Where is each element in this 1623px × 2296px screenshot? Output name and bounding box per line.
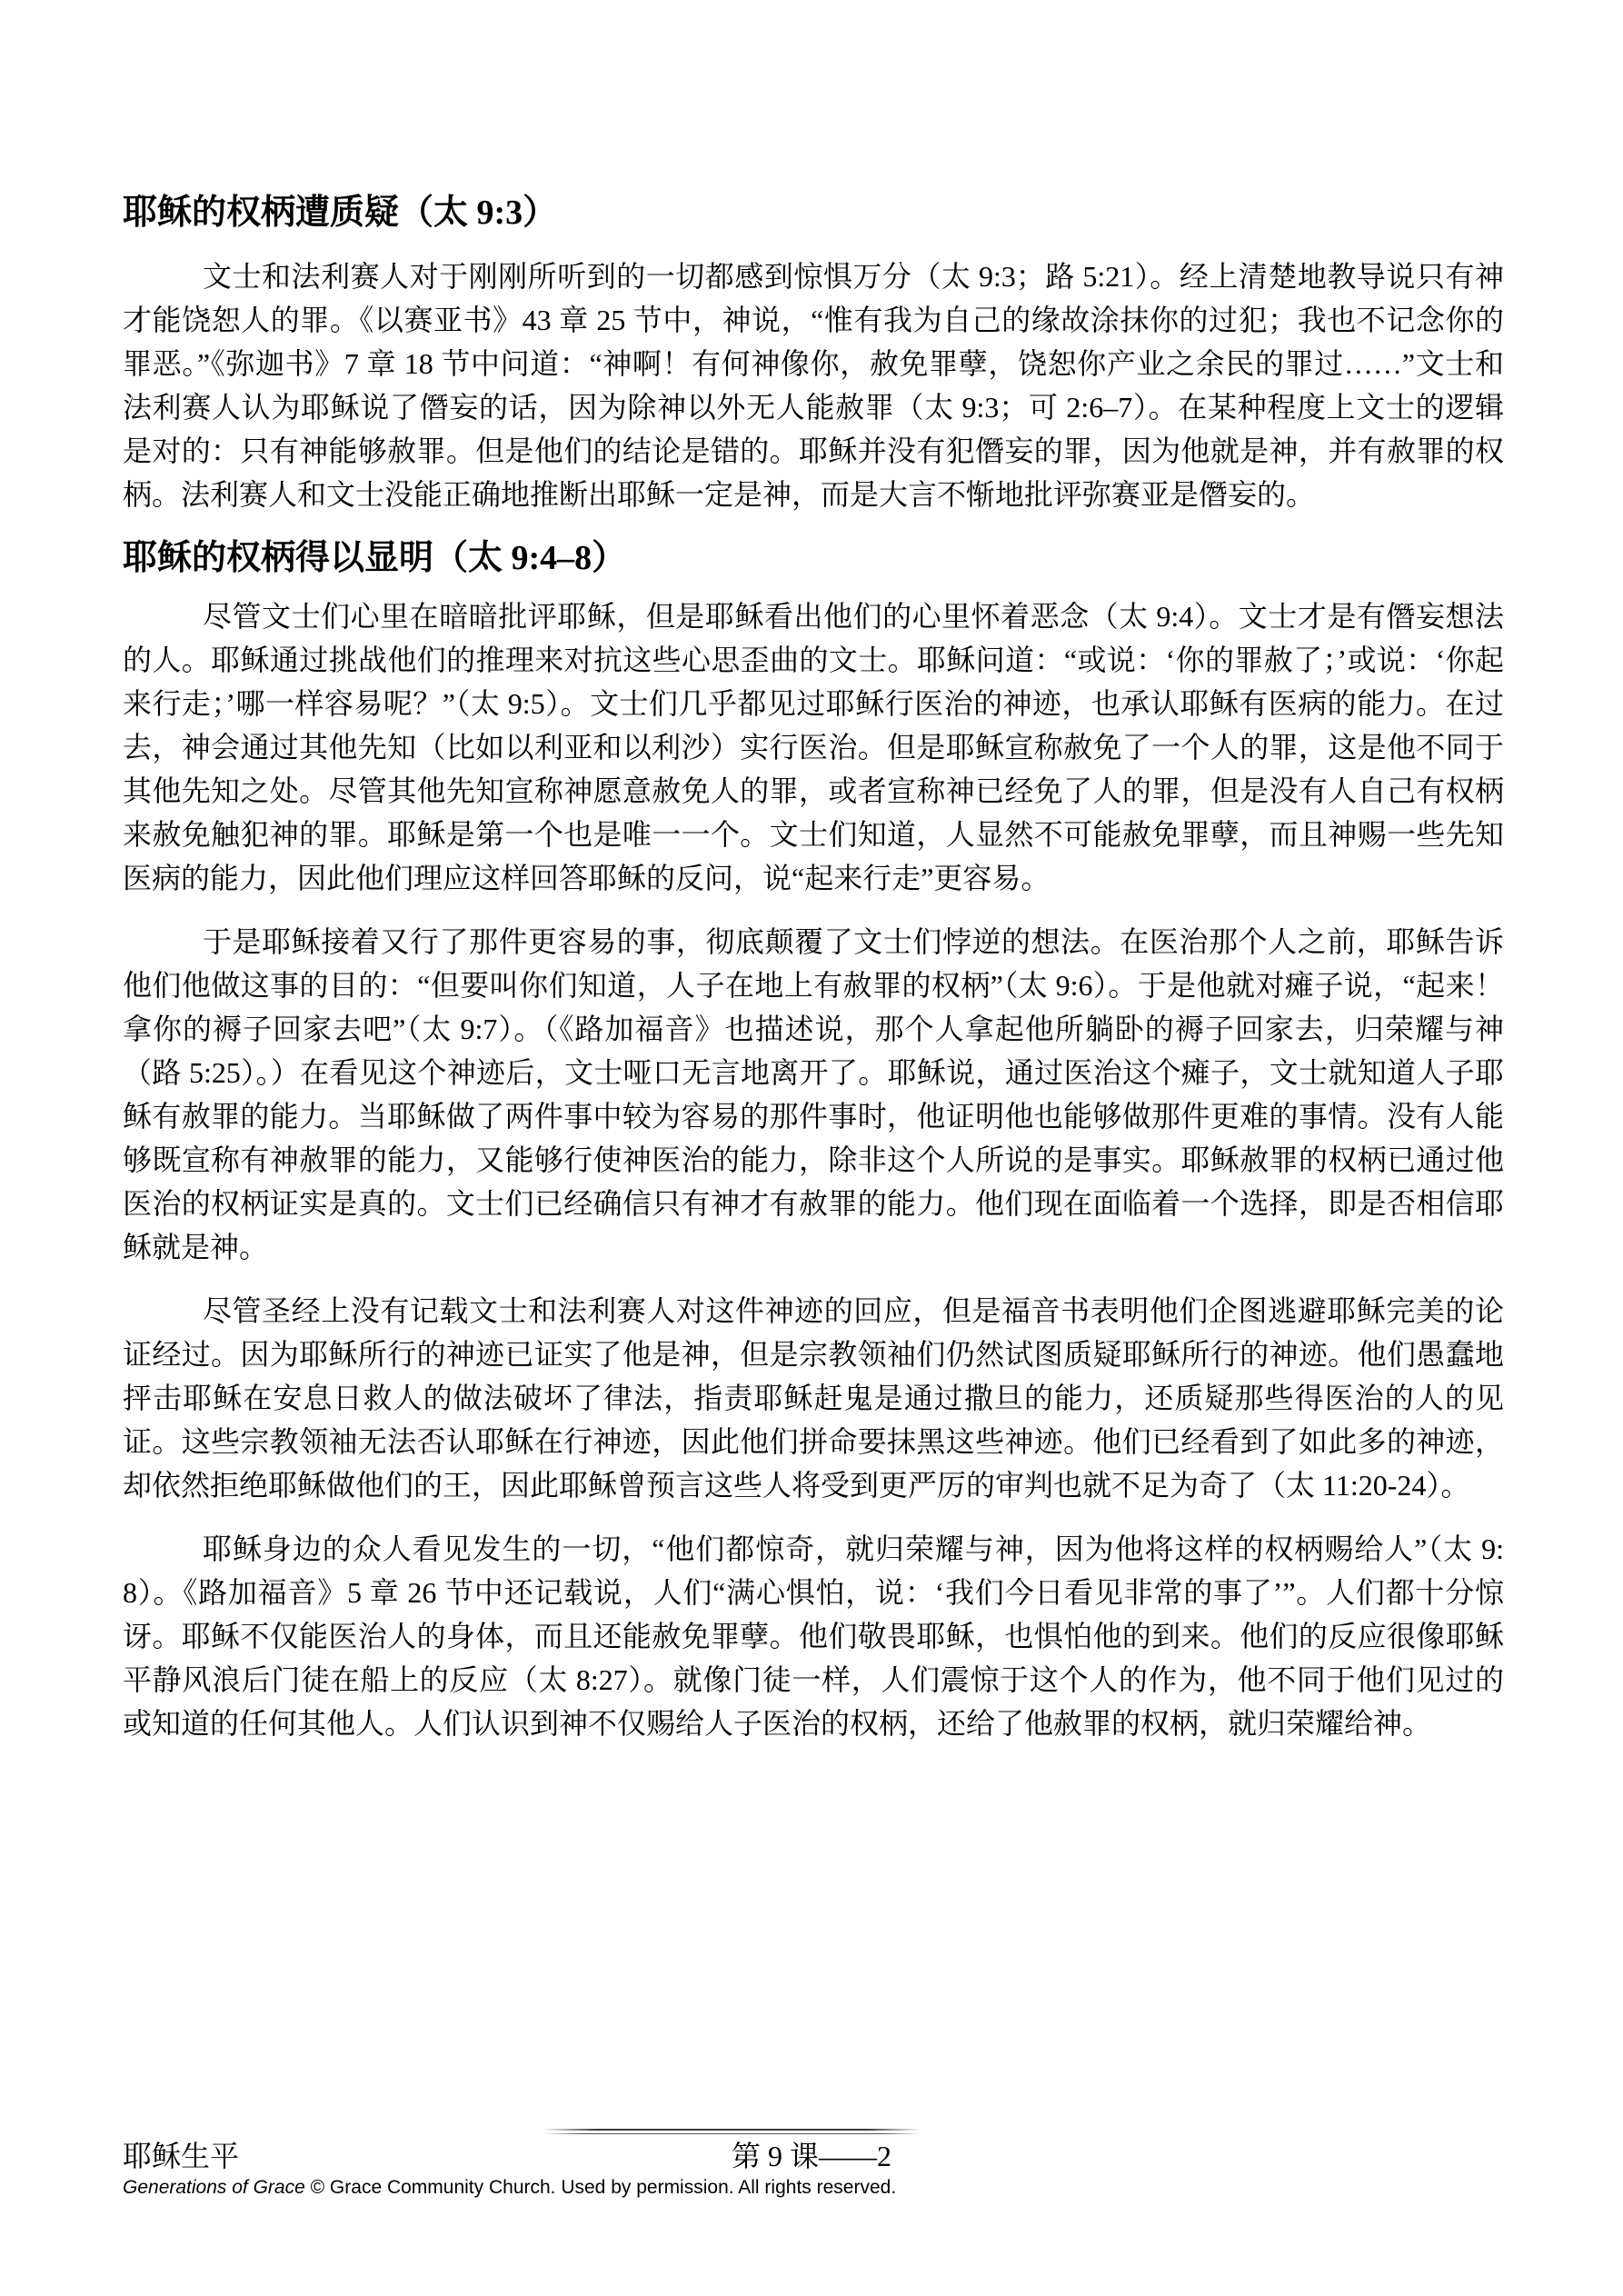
footer-copyright-work-title: Generations of Grace [123,2177,305,2198]
footer-copyright-text: © Grace Community Church. Used by permis… [311,2177,897,2198]
footer-divider-line-bottom [543,2133,921,2134]
document-page: 耶稣的权柄遭质疑（太 9:3） 文士和法利赛人对于刚刚所听到的一切都感到惊惧万分… [0,0,1623,2296]
body-paragraph: 尽管圣经上没有记载文士和法利赛人对这件神迹的回应，但是福音书表明他们企图逃避耶稣… [123,1289,1504,1507]
footer-divider [543,2129,921,2134]
footer-page-number: 第 9 课——2 [0,2136,1623,2176]
section-authority-displayed: 耶稣的权柄得以显明（太 9:4–8） 尽管文士们心里在暗暗批评耶稣，但是耶稣看出… [123,536,1504,1745]
body-paragraph: 于是耶稣接着又行了那件更容易的事，彻底颠覆了文士们悖逆的想法。在医治那个人之前，… [123,920,1504,1269]
section-heading-authority-displayed: 耶稣的权柄得以显明（太 9:4–8） [123,536,1504,580]
body-paragraph: 文士和法利赛人对于刚刚所听到的一切都感到惊惧万分（太 9:3；路 5:21）。经… [123,255,1504,516]
section-heading-authority-questioned: 耶稣的权柄遭质疑（太 9:3） [123,191,1504,235]
footer-copyright: Generations of Grace © Grace Community C… [123,2176,896,2200]
section-authority-questioned: 耶稣的权柄遭质疑（太 9:3） 文士和法利赛人对于刚刚所听到的一切都感到惊惧万分… [123,191,1504,516]
lesson-content: 耶稣的权柄遭质疑（太 9:3） 文士和法利赛人对于刚刚所听到的一切都感到惊惧万分… [0,0,1623,1745]
body-paragraph: 耶稣身边的众人看见发生的一切，“他们都惊奇，就归荣耀与神，因为他将这样的权柄赐给… [123,1527,1504,1745]
footer-divider-line-top [543,2129,921,2131]
body-paragraph: 尽管文士们心里在暗暗批评耶稣，但是耶稣看出他们的心里怀着恶念（太 9:4）。文士… [123,594,1504,900]
